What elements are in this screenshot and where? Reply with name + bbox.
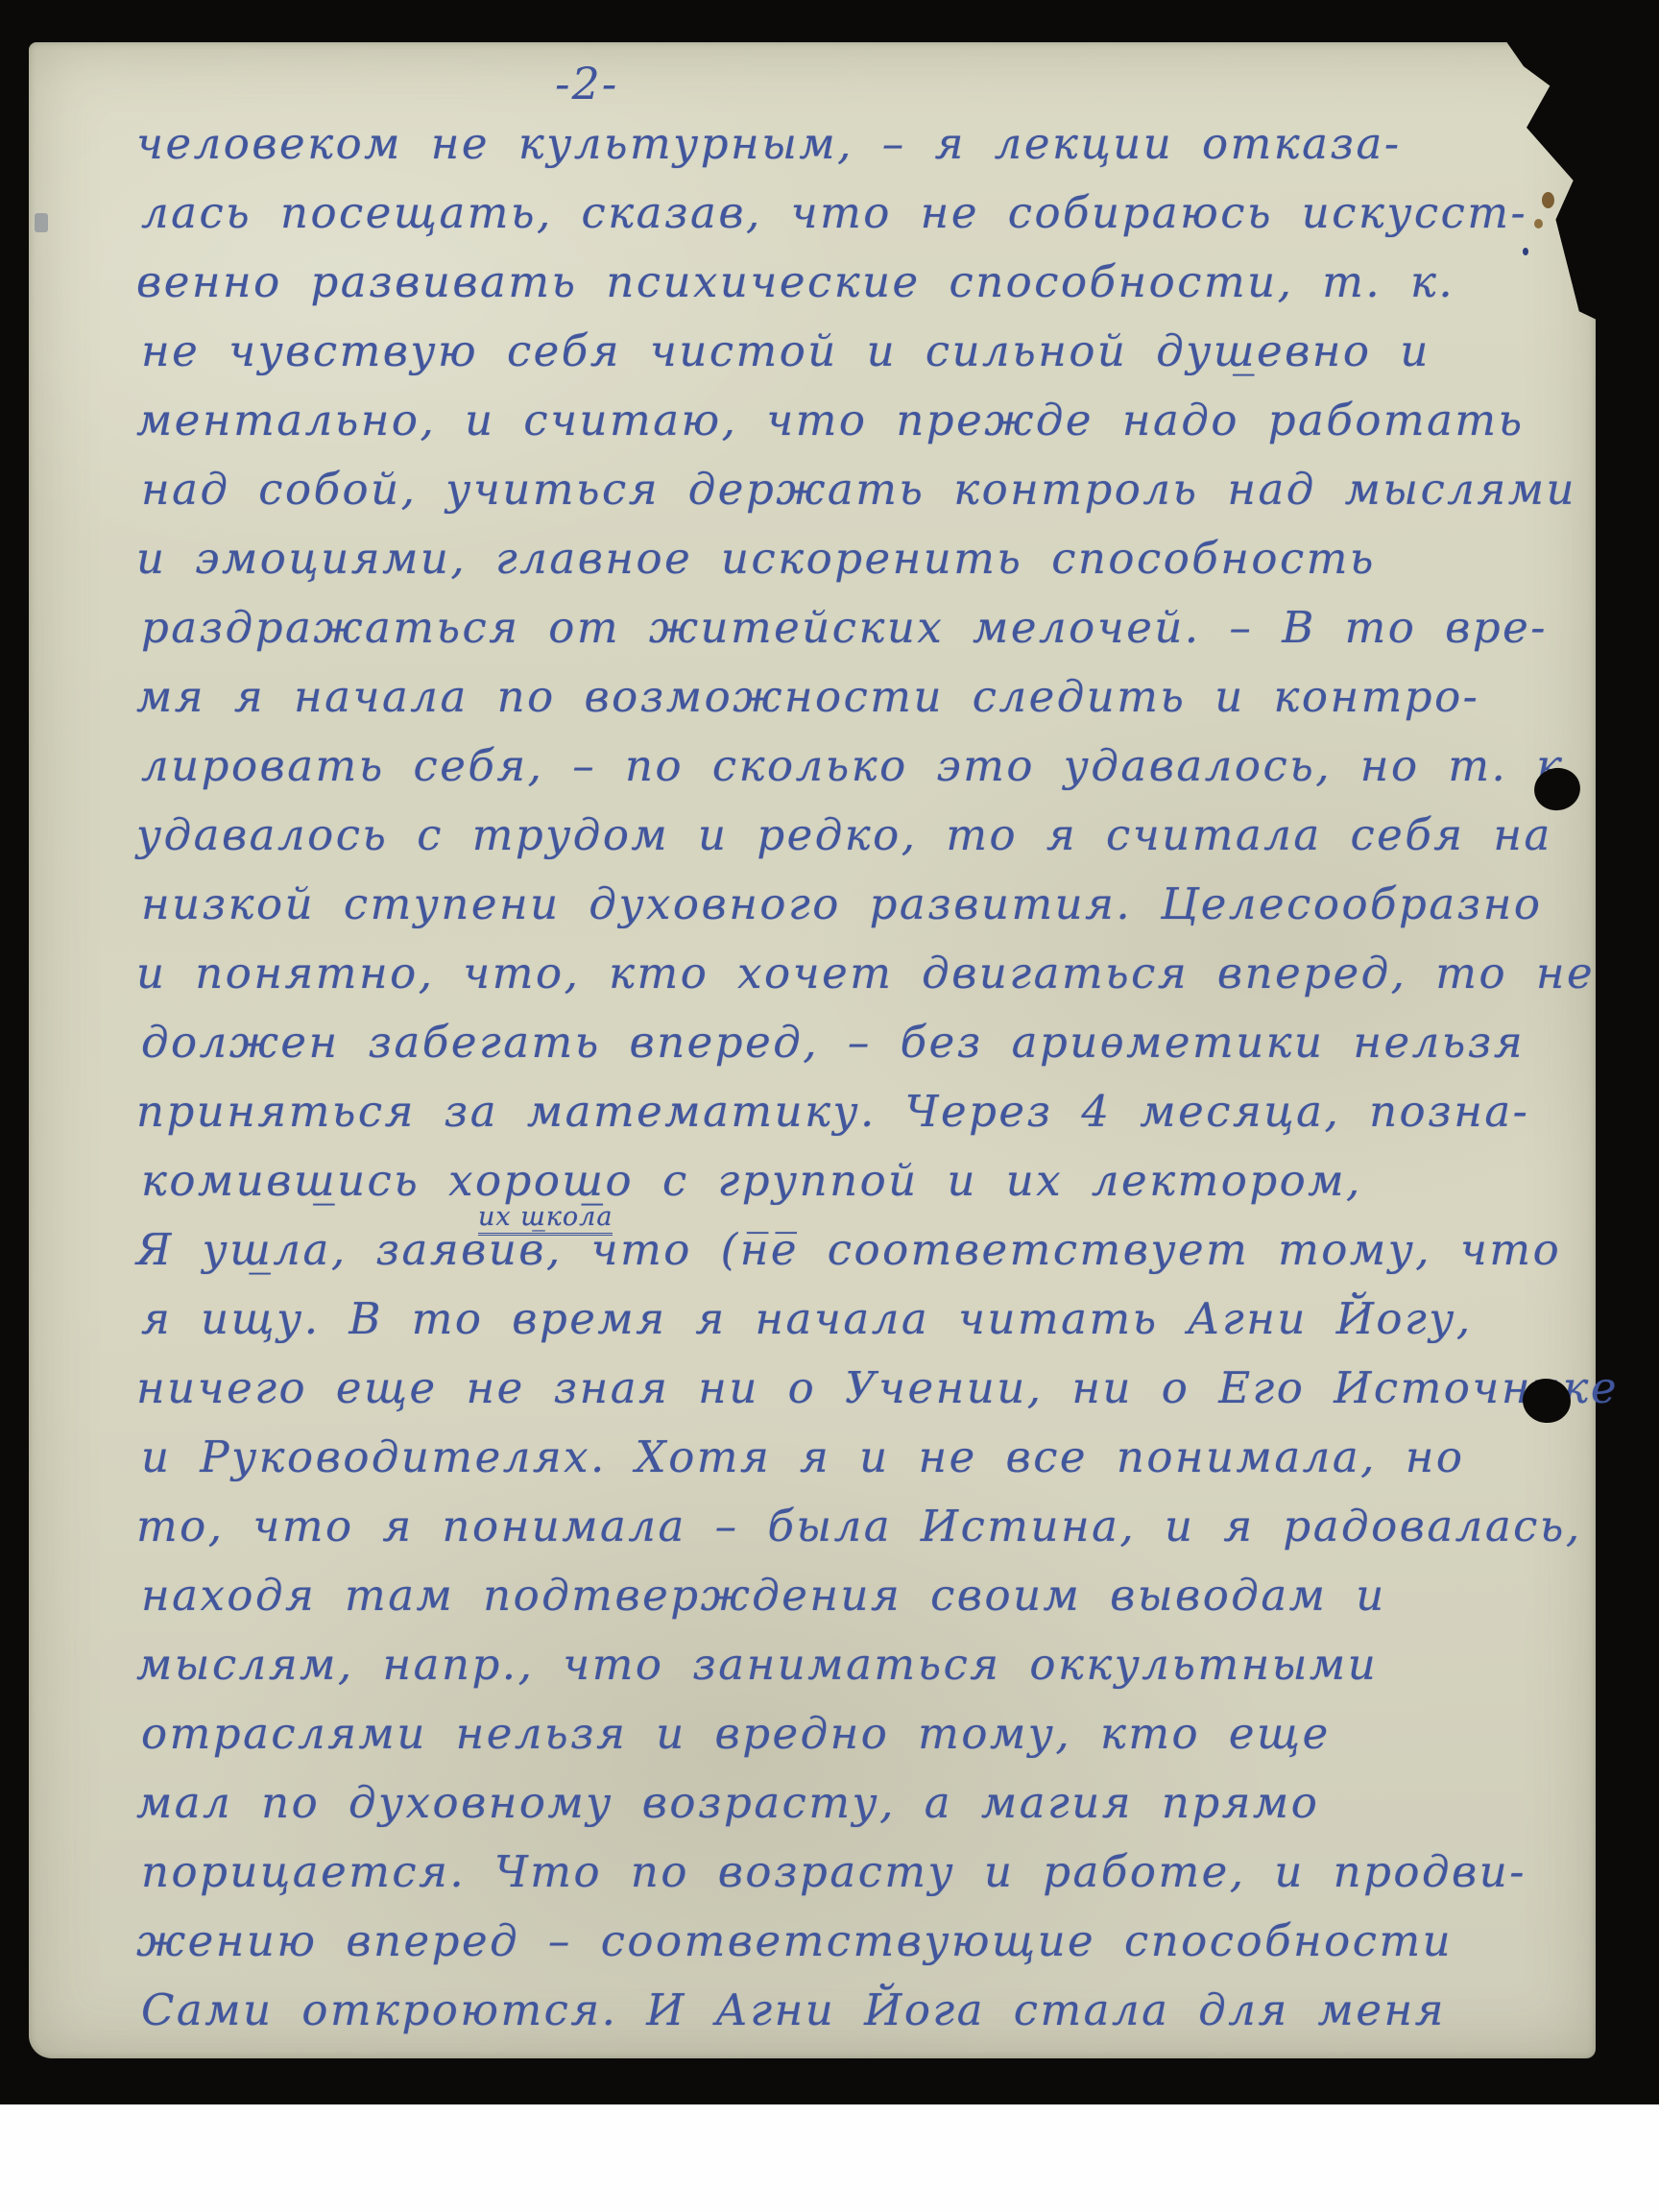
- stain-speck: [1523, 248, 1528, 255]
- handwritten-line: мыслям, напр., что заниматься оккультным…: [136, 1630, 1542, 1699]
- handwritten-line: жению вперед – соответствующие способнос…: [136, 1907, 1542, 1976]
- handwritten-line: Сами откроются. И Агни Йога стала для ме…: [136, 1976, 1542, 2045]
- interlinear-insertion: их ш̲кола: [478, 1202, 613, 1236]
- handwritten-line: лировать себя, – по сколько это удавалос…: [136, 732, 1542, 801]
- handwritten-line: я ищу. В то время я начала читать Агни Й…: [136, 1285, 1542, 1354]
- scanner-margin: [0, 2104, 1659, 2212]
- handwritten-line: и понятно, что, кто хочет двигаться впер…: [136, 939, 1542, 1008]
- handwritten-line: отраслями нельзя и вредно тому, кто еще: [136, 1699, 1542, 1768]
- handwritten-line: и эмоциями, главное искоренить способнос…: [136, 524, 1542, 593]
- handwritten-line: комивш̲ись хорош̲о с группой и их лектор…: [136, 1146, 1542, 1215]
- handwritten-line: человеком не культурным, – я лекции отка…: [136, 109, 1542, 179]
- stain-speck: [1534, 219, 1543, 228]
- handwritten-line: порицается. Что по возрасту и работе, и …: [136, 1838, 1542, 1907]
- handwritten-text-block: человеком не культурным, – я лекции отка…: [136, 109, 1542, 2045]
- handwritten-line: ничего еще не зная ни о Учении, ни о Его…: [136, 1354, 1542, 1423]
- page-number: -2-: [555, 58, 618, 109]
- handwritten-line: мя я начала по возможности следить и кон…: [136, 662, 1542, 732]
- handwritten-line: ментально, и считаю, что прежде надо раб…: [136, 386, 1542, 455]
- handwritten-line: то, что я понимала – была Истина, и я ра…: [136, 1492, 1542, 1561]
- stain-speck: [1542, 192, 1554, 208]
- handwritten-line: венно развивать психические способности,…: [136, 248, 1542, 317]
- handwritten-line: приняться за математику. Через 4 месяца,…: [136, 1077, 1542, 1146]
- handwritten-line: удавалось с трудом и редко, то я считала…: [136, 801, 1542, 870]
- handwritten-line: и Руководителях. Хотя я и не все понимал…: [136, 1423, 1542, 1492]
- stain-speck: [35, 213, 48, 232]
- handwritten-line: низкой ступени духовного развития. Целес…: [136, 870, 1542, 939]
- document-page: -2- человеком не культурным, – я лекции …: [29, 42, 1596, 2058]
- handwritten-line: Я уш̲ла, заявив, что (н̅е̅ соответствует…: [136, 1215, 1542, 1285]
- handwritten-line: мал по духовному возрасту, а магия прямо: [136, 1768, 1542, 1838]
- handwritten-line: не чувствую себя чистой и сильной душ̲ев…: [136, 317, 1542, 386]
- handwritten-line: раздражаться от житейских мелочей. – В т…: [136, 593, 1542, 662]
- handwritten-line: находя там подтверждения своим выводам и: [136, 1561, 1542, 1630]
- handwritten-line: лась посещать, сказав, что не собираюсь …: [136, 179, 1542, 248]
- handwritten-line: должен забегать вперед, – без ариѳметики…: [136, 1008, 1542, 1077]
- handwritten-line: над собой, учиться держать контроль над …: [136, 455, 1542, 524]
